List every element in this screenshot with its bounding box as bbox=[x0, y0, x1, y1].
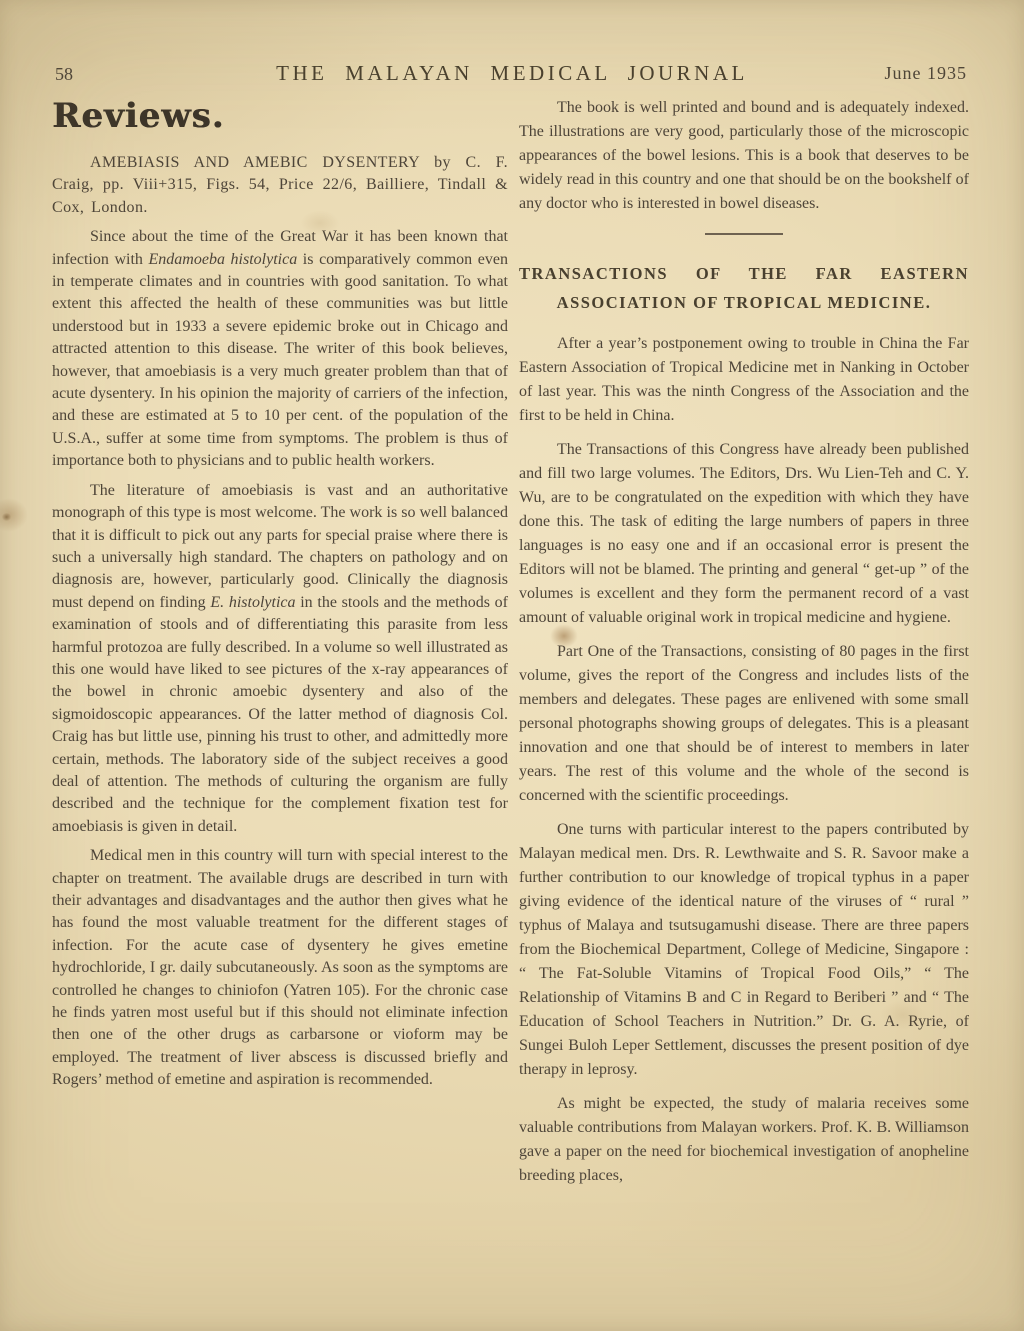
journal-page-scan: 58 THE MALAYAN MEDICAL JOURNAL June 1935… bbox=[0, 0, 1024, 1331]
article-paragraph: As might be expected, the study of malar… bbox=[519, 1092, 969, 1188]
paper-stain bbox=[0, 498, 28, 532]
review-citation: AMEBIASIS AND AMEBIC DYSENTERY by C. F. … bbox=[52, 152, 508, 219]
review-paragraph: The literature of amoebiasis is vast and… bbox=[52, 480, 508, 839]
transactions-heading-line2: ASSOCIATION OF TROPICAL MEDICINE. bbox=[519, 288, 969, 317]
journal-title: THE MALAYAN MEDICAL JOURNAL bbox=[0, 61, 1024, 86]
article-paragraph: One turns with particular interest to th… bbox=[519, 818, 969, 1082]
review-paragraph: The book is well printed and bound and i… bbox=[519, 96, 969, 216]
paper-stain bbox=[2, 513, 11, 521]
reviews-section-heading: Reviews. bbox=[52, 96, 508, 136]
article-paragraph: Part One of the Transactions, consisting… bbox=[519, 640, 969, 808]
article-paragraph: After a year’s postponement owing to tro… bbox=[519, 332, 969, 428]
review-paragraph: Since about the time of the Great War it… bbox=[52, 226, 508, 472]
transactions-heading: TRANSACTIONS OF THE FAR EASTERN ASSOCIAT… bbox=[519, 259, 969, 317]
review-paragraph: Medical men in this country will turn wi… bbox=[52, 845, 508, 1091]
issue-date: June 1935 bbox=[885, 63, 968, 84]
section-divider bbox=[705, 233, 783, 235]
transactions-heading-line1: TRANSACTIONS OF THE FAR EASTERN bbox=[519, 259, 969, 288]
left-column: Reviews. AMEBIASIS AND AMEBIC DYSENTERY … bbox=[52, 96, 508, 1099]
right-column: The book is well printed and bound and i… bbox=[519, 96, 969, 1198]
article-paragraph: The Transactions of this Congress have a… bbox=[519, 438, 969, 630]
